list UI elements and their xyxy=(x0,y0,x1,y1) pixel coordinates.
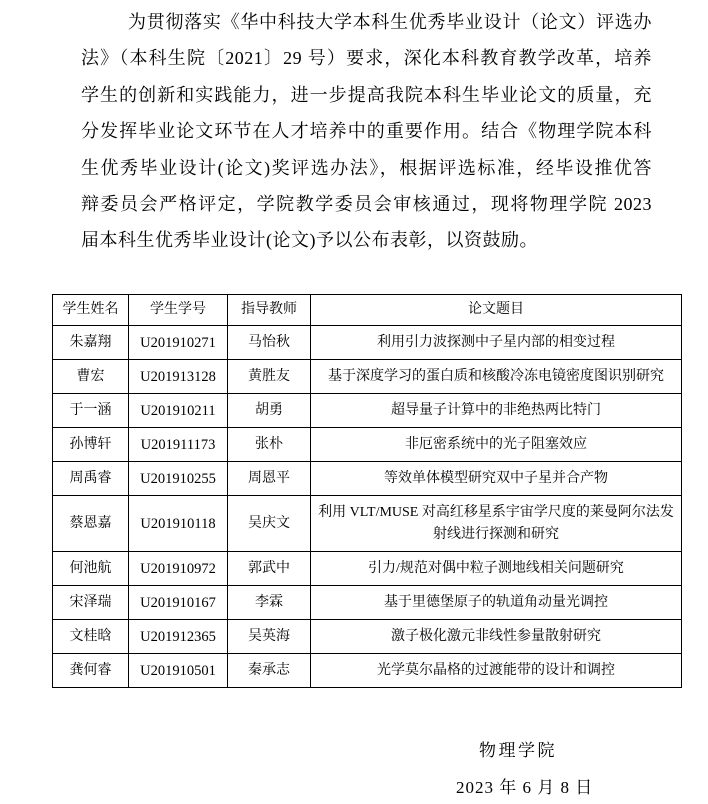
paragraph-line: 生优秀毕业设计(论文)奖评选办法》，根据评选标准，经毕设推优答 xyxy=(81,150,652,186)
paragraph-line: 辩委员会严格评定，学院教学委员会审核通过，现将物理学院 2023 xyxy=(81,186,652,222)
student-name: 何池航 xyxy=(53,552,129,586)
student-name: 孙博轩 xyxy=(53,428,129,462)
student-name: 于一涵 xyxy=(53,394,129,428)
paragraph-line: 法》（本科生院〔2021〕29 号）要求，深化本科教育教学改革，培养 xyxy=(81,40,652,76)
document-page: 为贯彻落实《华中科技大学本科生优秀毕业设计（论文）评选办 法》（本科生院〔202… xyxy=(0,0,708,804)
paragraph-line: 届本科生优秀毕业设计(论文)予以公布表彰，以资鼓励。 xyxy=(81,222,652,258)
paragraph-line: 为贯彻落实《华中科技大学本科生优秀毕业设计（论文）评选办 xyxy=(81,4,652,40)
signature-date: 2023 年 6 月 8 日 xyxy=(456,773,593,798)
thesis-title: 引力/规范对偶中粒子测地线相关问题研究 xyxy=(311,552,682,586)
advisor-name: 周恩平 xyxy=(228,462,311,496)
thesis-title: 等效单体模型研究双中子星并合产物 xyxy=(311,462,682,496)
student-id: U201910271 xyxy=(129,326,228,360)
student-id: U201912365 xyxy=(129,620,228,654)
signature-department: 物理学院 xyxy=(479,736,557,761)
thesis-title: 非厄密系统中的光子阻塞效应 xyxy=(311,428,682,462)
advisor-name: 李霖 xyxy=(228,586,311,620)
student-name: 朱嘉翔 xyxy=(53,326,129,360)
student-id: U201910972 xyxy=(129,552,228,586)
paragraph-line: 学生的创新和实践能力，进一步提高我院本科生毕业论文的质量，充 xyxy=(81,77,652,113)
table-header-row: 学生姓名 学生学号 指导教师 论文题目 xyxy=(53,295,682,326)
student-name: 蔡恩嘉 xyxy=(53,496,129,552)
student-id: U201910501 xyxy=(129,654,228,688)
student-name: 曹宏 xyxy=(53,360,129,394)
paragraph-line: 分发挥毕业论文环节在人才培养中的重要作用。结合《物理学院本科 xyxy=(81,113,652,149)
thesis-title: 基于里德堡原子的轨道角动量光调控 xyxy=(311,586,682,620)
thesis-title: 利用 VLT/MUSE 对高红移星系宇宙学尺度的莱曼阿尔法发射线进行探测和研究 xyxy=(311,496,682,552)
thesis-title: 光学莫尔晶格的过渡能带的设计和调控 xyxy=(311,654,682,688)
table-row: 文桂晗 U201912365 吴英海 激子极化激元非线性参量散射研究 xyxy=(53,620,682,654)
header-student-id: 学生学号 xyxy=(129,295,228,326)
header-advisor: 指导教师 xyxy=(228,295,311,326)
table-row: 蔡恩嘉 U201910118 吴庆文 利用 VLT/MUSE 对高红移星系宇宙学… xyxy=(53,496,682,552)
student-id: U201910118 xyxy=(129,496,228,552)
table-row: 何池航 U201910972 郭武中 引力/规范对偶中粒子测地线相关问题研究 xyxy=(53,552,682,586)
advisor-name: 黄胜友 xyxy=(228,360,311,394)
award-table: 学生姓名 学生学号 指导教师 论文题目 朱嘉翔 U201910271 马怡秋 利… xyxy=(52,294,682,688)
table-row: 朱嘉翔 U201910271 马怡秋 利用引力波探测中子星内部的相变过程 xyxy=(53,326,682,360)
thesis-title: 基于深度学习的蛋白质和核酸冷冻电镜密度图识别研究 xyxy=(311,360,682,394)
advisor-name: 吴英海 xyxy=(228,620,311,654)
header-student-name: 学生姓名 xyxy=(53,295,129,326)
student-id: U201910167 xyxy=(129,586,228,620)
thesis-title: 利用引力波探测中子星内部的相变过程 xyxy=(311,326,682,360)
student-name: 文桂晗 xyxy=(53,620,129,654)
advisor-name: 胡勇 xyxy=(228,394,311,428)
advisor-name: 秦承志 xyxy=(228,654,311,688)
student-id: U201913128 xyxy=(129,360,228,394)
advisor-name: 吴庆文 xyxy=(228,496,311,552)
table-row: 孙博轩 U201911173 张朴 非厄密系统中的光子阻塞效应 xyxy=(53,428,682,462)
thesis-title: 超导量子计算中的非绝热两比特门 xyxy=(311,394,682,428)
student-name: 周禹睿 xyxy=(53,462,129,496)
table-row: 曹宏 U201913128 黄胜友 基于深度学习的蛋白质和核酸冷冻电镜密度图识别… xyxy=(53,360,682,394)
table-row: 周禹睿 U201910255 周恩平 等效单体模型研究双中子星并合产物 xyxy=(53,462,682,496)
advisor-name: 郭武中 xyxy=(228,552,311,586)
notice-paragraph: 为贯彻落实《华中科技大学本科生优秀毕业设计（论文）评选办 法》（本科生院〔202… xyxy=(81,4,652,259)
advisor-name: 马怡秋 xyxy=(228,326,311,360)
student-id: U201911173 xyxy=(129,428,228,462)
header-thesis-title: 论文题目 xyxy=(311,295,682,326)
table-row: 宋泽瑞 U201910167 李霖 基于里德堡原子的轨道角动量光调控 xyxy=(53,586,682,620)
student-id: U201910211 xyxy=(129,394,228,428)
thesis-title: 激子极化激元非线性参量散射研究 xyxy=(311,620,682,654)
advisor-name: 张朴 xyxy=(228,428,311,462)
student-id: U201910255 xyxy=(129,462,228,496)
student-name: 宋泽瑞 xyxy=(53,586,129,620)
student-name: 龚何睿 xyxy=(53,654,129,688)
table-row: 龚何睿 U201910501 秦承志 光学莫尔晶格的过渡能带的设计和调控 xyxy=(53,654,682,688)
table-row: 于一涵 U201910211 胡勇 超导量子计算中的非绝热两比特门 xyxy=(53,394,682,428)
